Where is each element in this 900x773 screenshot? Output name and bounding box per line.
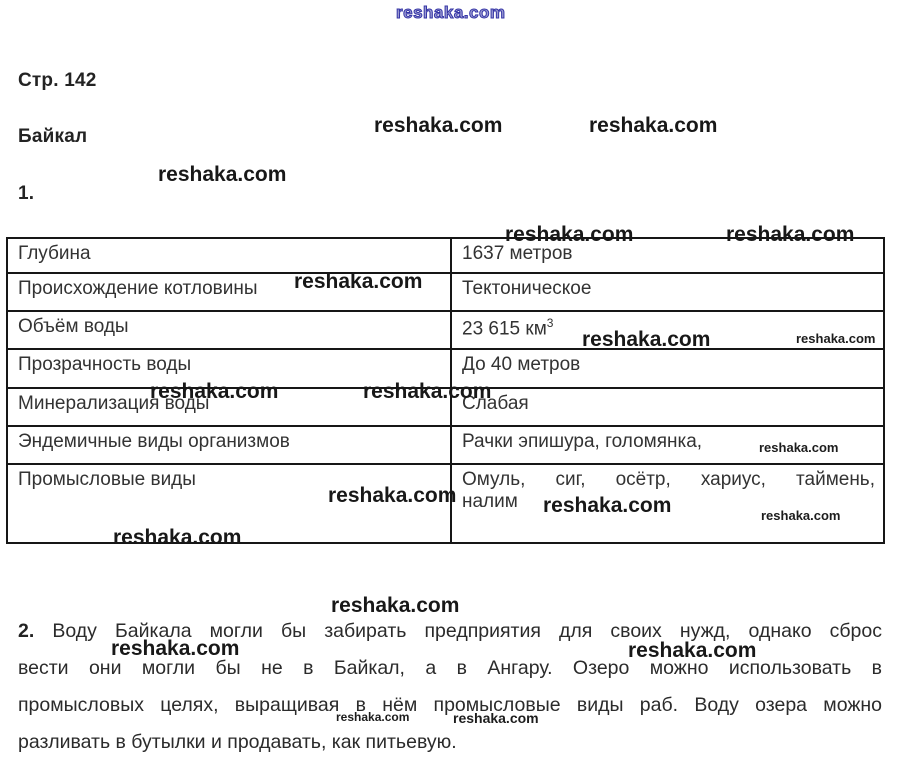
table-cell-label: Происхождение котловины	[7, 273, 451, 311]
table-cell-value: Омуль, сиг, осётр, хариус, таймень, нали…	[451, 464, 884, 543]
species-line-1: Омуль, сиг, осётр, хариус, таймень,	[462, 469, 875, 491]
answer-2-line: 2. Воду Байкала могли бы забирать предпр…	[18, 613, 882, 650]
table-row: Объём воды 23 615 км3	[7, 311, 884, 349]
watermark: reshaka.com	[589, 114, 717, 138]
table-cell-value: Рачки эпишура, голомянка,	[451, 426, 884, 464]
table-row: Прозрачность воды До 40 метров	[7, 349, 884, 388]
table-row: Промысловые виды Омуль, сиг, осётр, хари…	[7, 464, 884, 543]
answer-2-line: промысловых целях, выращивая в нём промы…	[18, 687, 882, 724]
table-cell-value: Тектоническое	[451, 273, 884, 311]
page-number-heading: Стр. 142	[18, 70, 97, 92]
answer-2-line: вести они могли бы не в Байкал, а в Анга…	[18, 650, 882, 687]
table-cell-label: Объём воды	[7, 311, 451, 349]
volume-superscript: 3	[547, 316, 554, 330]
answer-2-number: 2.	[18, 620, 34, 642]
table-row: Глубина 1637 метров	[7, 238, 884, 273]
table-row: Происхождение котловины Тектоническое	[7, 273, 884, 311]
baikal-facts-table: Глубина 1637 метров Происхождение котлов…	[6, 237, 885, 544]
table-cell-value: 23 615 км3	[451, 311, 884, 349]
table-cell-label: Минерализация воды	[7, 388, 451, 426]
document-page: Стр. 142 Байкал 1. Глубина 1637 метров П…	[0, 0, 900, 773]
species-line-2: налим	[462, 491, 875, 513]
answer-2-paragraph: 2. Воду Байкала могли бы забирать предпр…	[18, 613, 882, 761]
page-title: Байкал	[18, 126, 87, 148]
answer-2-line-text: Воду Байкала могли бы забирать предприят…	[52, 620, 882, 642]
watermark-logo: reshaka.com	[396, 3, 505, 23]
watermark: reshaka.com	[158, 163, 286, 187]
table-cell-value: 1637 метров	[451, 238, 884, 273]
table-cell-value: Слабая	[451, 388, 884, 426]
table-cell-label: Прозрачность воды	[7, 349, 451, 388]
table-row: Минерализация воды Слабая	[7, 388, 884, 426]
table-cell-label: Эндемичные виды организмов	[7, 426, 451, 464]
volume-value: 23 615 км	[462, 318, 547, 339]
table-cell-label: Глубина	[7, 238, 451, 273]
item-1-number: 1.	[18, 183, 34, 205]
answer-2-line: разливать в бутылки и продавать, как пит…	[18, 724, 882, 761]
table-row: Эндемичные виды организмов Рачки эпишура…	[7, 426, 884, 464]
table-cell-label: Промысловые виды	[7, 464, 451, 543]
table-cell-value: До 40 метров	[451, 349, 884, 388]
watermark: reshaka.com	[374, 114, 502, 138]
